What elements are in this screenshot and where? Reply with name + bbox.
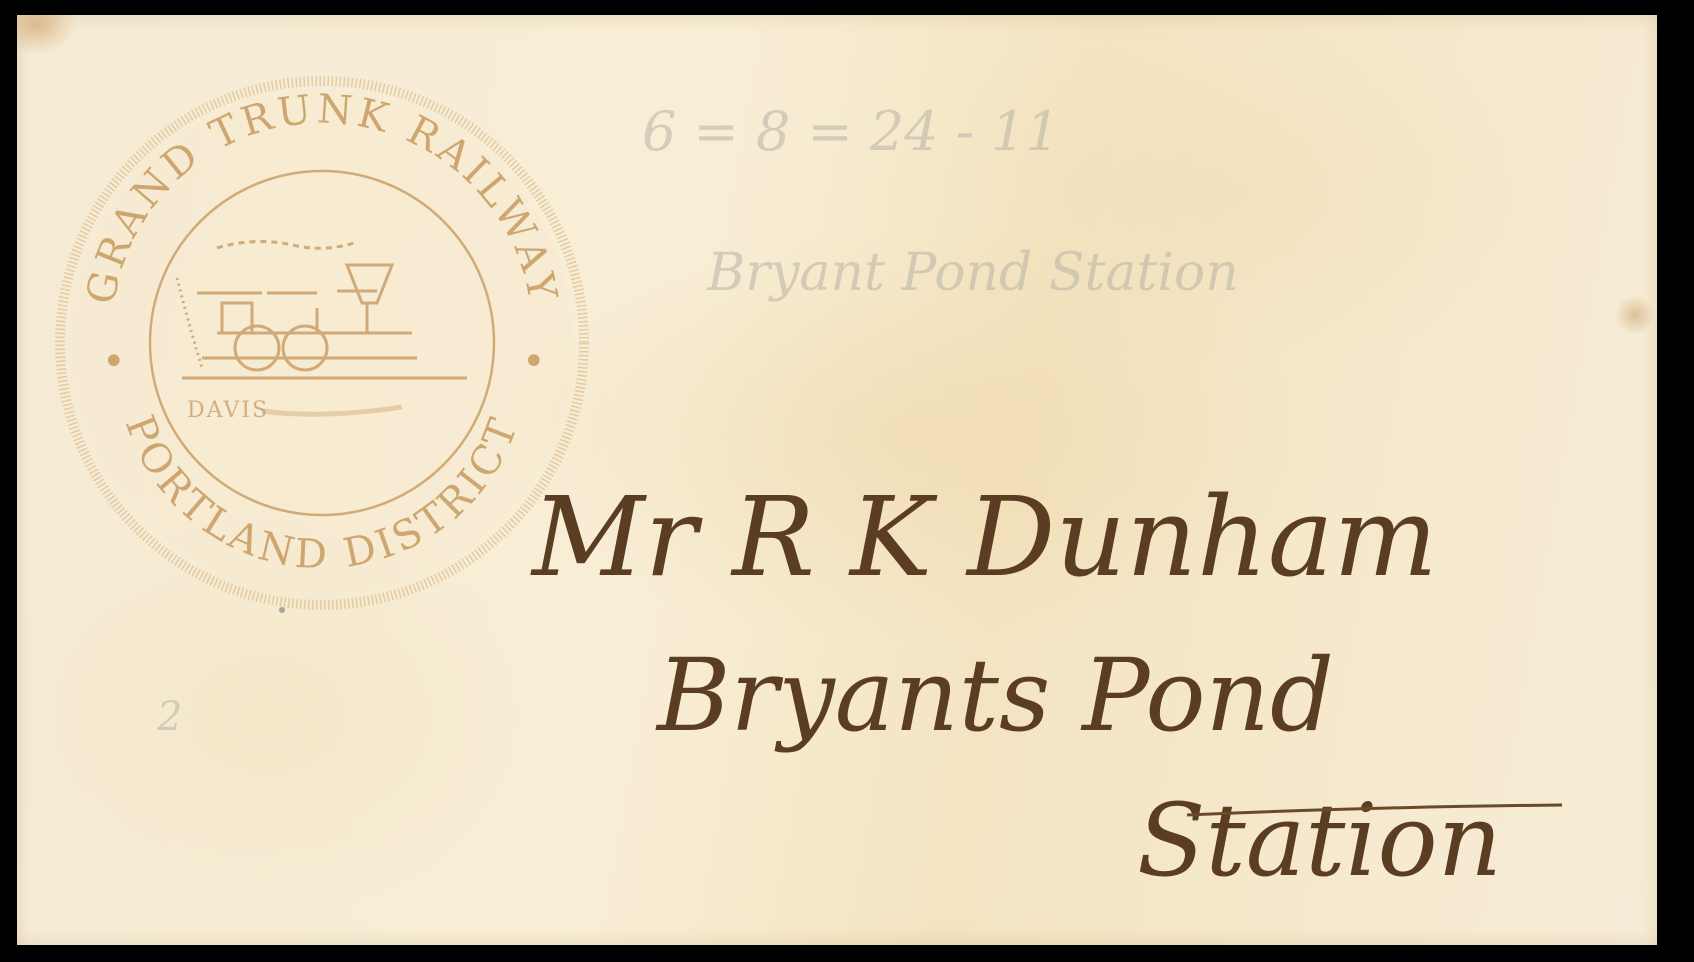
pencil-note-destination: Bryant Pond Station [706, 243, 1239, 303]
address-recipient: Mr R K Dunham [530, 473, 1438, 601]
seal-separator-left: • [102, 339, 130, 385]
ink-speck [279, 607, 285, 613]
address-block: Mr R K Dunham Bryants Pond Station [530, 473, 1562, 899]
address-station: Station [1137, 782, 1502, 899]
railway-seal: GRAND TRUNK RAILWAY PORTLAND DISTRICT • … [60, 81, 584, 605]
pencil-margin-mark: 2 [156, 694, 182, 740]
address-town: Bryants Pond [655, 637, 1334, 754]
seal-engraver-imprint: DAVIS [187, 398, 269, 423]
envelope: GRAND TRUNK RAILWAY PORTLAND DISTRICT • … [17, 15, 1657, 945]
envelope-markings: GRAND TRUNK RAILWAY PORTLAND DISTRICT • … [17, 15, 1657, 945]
pencil-note-numbers: 6 = 8 = 24 - 11 [642, 100, 1060, 163]
seal-separator-right: • [522, 339, 550, 385]
